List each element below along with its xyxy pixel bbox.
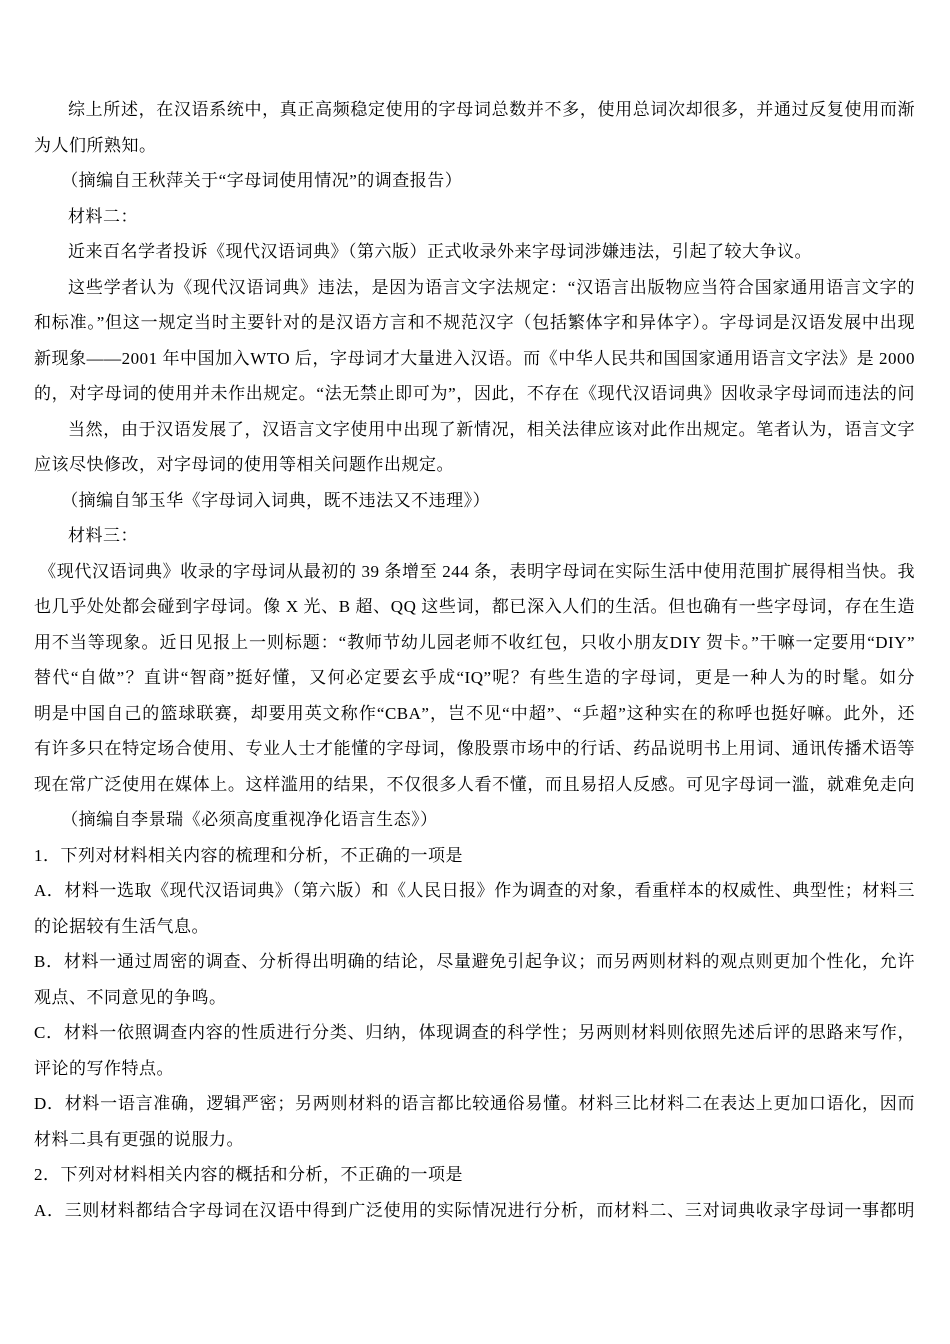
text-line: 材料三： bbox=[34, 518, 915, 554]
text-line: 材料二： bbox=[34, 199, 915, 235]
text-line: A．三则材料都结合字母词在汉语中得到广泛使用的实际情况进行分析，而材料二、三对词… bbox=[34, 1193, 915, 1229]
text-line: 当然，由于汉语发展了，汉语言文字使用中出现了新情况，相关法律应该对此作出规定。笔… bbox=[34, 412, 915, 448]
text-line: 这些学者认为《现代汉语词典》违法，是因为语言文字法规定：“汉语言出版物应当符合国… bbox=[34, 270, 915, 306]
text-line: （摘编自邹玉华《字母词入词典，既不违法又不违理》） bbox=[34, 483, 915, 519]
text-line: 评论的写作特点。 bbox=[34, 1051, 915, 1087]
text-line: 现在常广泛使用在媒体上。这样滥用的结果，不仅很多人看不懂，而且易招人反感。可见字… bbox=[34, 767, 915, 803]
text-line: 2．下列对材料相关内容的概括和分析，不正确的一项是 bbox=[34, 1157, 915, 1193]
text-line: 的论据较有生活气息。 bbox=[34, 909, 915, 945]
text-line: 1．下列对材料相关内容的梳理和分析，不正确的一项是 bbox=[34, 838, 915, 874]
text-line: C．材料一依照调查内容的性质进行分类、归纳，体现调查的科学性；另两则材料则依照先… bbox=[34, 1015, 915, 1051]
text-line: 明是中国自己的篮球联赛，却要用英文称作“CBA”，岂不见“中超”、“乒超”这种实… bbox=[34, 696, 915, 732]
text-line: 材料二具有更强的说服力。 bbox=[34, 1122, 915, 1158]
text-line: D．材料一语言准确，逻辑严密；另两则材料的语言都比较通俗易懂。材料三比材料二在表… bbox=[34, 1086, 915, 1122]
text-line: 为人们所熟知。 bbox=[34, 128, 915, 164]
text-line: 近来百名学者投诉《现代汉语词典》（第六版）正式收录外来字母词涉嫌违法，引起了较大… bbox=[34, 234, 915, 270]
text-line: 的，对字母词的使用并未作出规定。“法无禁止即可为”，因此，不存在《现代汉语词典》… bbox=[34, 376, 915, 412]
text-line: A．材料一选取《现代汉语词典》（第六版）和《人民日报》作为调查的对象，看重样本的… bbox=[34, 873, 915, 909]
text-line: 和标准。”但这一规定当时主要针对的是汉语方言和不规范汉字（包括繁体字和异体字）。… bbox=[34, 305, 915, 341]
text-line: B．材料一通过周密的调查、分析得出明确的结论，尽量避免引起争议；而另两则材料的观… bbox=[34, 944, 915, 980]
text-line: 用不当等现象。近日见报上一则标题：“教师节幼儿园老师不收红包，只收小朋友DIY … bbox=[34, 625, 915, 661]
text-line: 新现象——2001 年中国加入WTO 后，字母词才大量进入汉语。而《中华人民共和… bbox=[34, 341, 915, 377]
text-line: 有许多只在特定场合使用、专业人士才能懂的字母词，像股票市场中的行话、药品说明书上… bbox=[34, 731, 915, 767]
document-body: 综上所述，在汉语系统中，真正高频稳定使用的字母词总数并不多，使用总词次却很多，并… bbox=[34, 92, 915, 1228]
text-line: 《现代汉语词典》收录的字母词从最初的 39 条增至 244 条，表明字母词在实际… bbox=[34, 554, 915, 590]
text-line: 也几乎处处都会碰到字母词。像 X 光、B 超、QQ 这些词，都已深入人们的生活。… bbox=[34, 589, 915, 625]
document-page: 综上所述，在汉语系统中，真正高频稳定使用的字母词总数并不多，使用总词次却很多，并… bbox=[0, 0, 950, 1344]
text-line: 应该尽快修改，对字母词的使用等相关问题作出规定。 bbox=[34, 447, 915, 483]
text-line: 观点、不同意见的争鸣。 bbox=[34, 980, 915, 1016]
text-line: 替代“自做”？直讲“智商”挺好懂，又何必定要玄乎成“IQ”呢？有些生造的字母词，… bbox=[34, 660, 915, 696]
text-line: 综上所述，在汉语系统中，真正高频稳定使用的字母词总数并不多，使用总词次却很多，并… bbox=[34, 92, 915, 128]
text-line: （摘编自王秋萍关于“字母词使用情况”的调查报告） bbox=[34, 163, 915, 199]
text-line: （摘编自李景瑞《必须高度重视净化语言生态》） bbox=[34, 802, 915, 838]
